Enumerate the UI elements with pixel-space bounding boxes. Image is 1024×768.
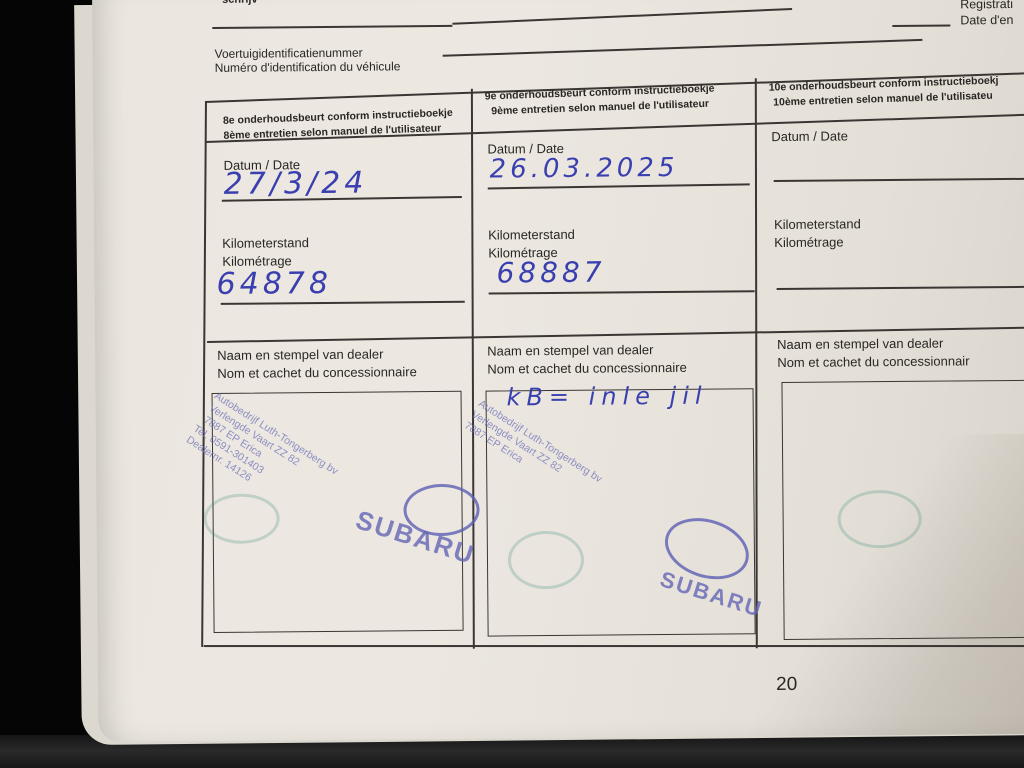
top-cut-label: schrijv — [222, 0, 258, 9]
service-10-date-line[interactable] — [774, 178, 1024, 182]
service-10-dealer-label-fr: Nom et cachet du concessionnair — [777, 352, 969, 372]
registration-label: Registrati Date d'en — [960, 0, 1013, 28]
service-booklet-page: schrijv Voertuigidentificatienummer Numé… — [92, 0, 1024, 742]
service-8-date-value[interactable]: 27/3/24 — [224, 166, 368, 202]
table-bottom-border — [204, 645, 1024, 647]
service-8-dealer-label-nl: Naam en stempel van dealer — [217, 345, 417, 365]
table-left-border — [201, 101, 206, 647]
registration-label-nl: Registrati — [960, 0, 1013, 12]
service-9-stamp-box[interactable]: kB= inle jil Autobedrijf Luth-Tongerberg… — [486, 388, 756, 636]
registration-line — [892, 25, 950, 27]
vin-label: Voertuigidentificatienummer Numéro d'ide… — [215, 45, 401, 75]
service-8-dealer-label-fr: Nom et cachet du concessionnaire — [217, 363, 417, 383]
service-10-stamp-box[interactable] — [781, 379, 1024, 640]
service-10-km-label: Kilometerstand Kilométrage — [774, 215, 861, 252]
page-number: 20 — [776, 674, 797, 696]
service-10-km-label-nl: Kilometerstand — [774, 215, 861, 234]
stamp-line: Verlengde Vaart ZZ 82 — [469, 409, 598, 497]
service-8-km-value[interactable]: 64878 — [216, 266, 332, 302]
service-10-date-label: Datum / Date — [771, 127, 848, 146]
top-line-2 — [452, 8, 792, 24]
service-10-dealer-label-nl: Naam en stempel van dealer — [777, 334, 969, 354]
service-10-km-line[interactable] — [777, 286, 1024, 290]
registration-label-fr: Date d'en — [960, 12, 1013, 28]
top-line — [212, 25, 452, 29]
ghost-stamp-logo — [203, 493, 279, 544]
service-9-handwritten-note: kB= inle jil — [506, 382, 707, 412]
service-10-km-label-fr: Kilométrage — [774, 233, 861, 252]
service-9-km-line — [489, 290, 755, 294]
vin-label-fr: Numéro d'identification du véhicule — [215, 59, 401, 75]
service-9-dealer-label: Naam en stempel van dealer Nom et cachet… — [487, 341, 687, 379]
service-9-dealer-label-fr: Nom et cachet du concessionnaire — [487, 359, 687, 379]
service-9-stamp-text: Autobedrijf Luth-Tongerberg bv Verlengde… — [462, 398, 605, 508]
service-9-dealer-label-nl: Naam en stempel van dealer — [487, 341, 687, 361]
service-10-dealer-label: Naam en stempel van dealer Nom et cachet… — [777, 334, 970, 372]
ghost-stamp-logo — [508, 531, 585, 590]
vin-field-line[interactable] — [443, 39, 923, 56]
service-10-header: 10e onderhoudsbeurt conform instructiebo… — [769, 73, 1000, 110]
service-8-header: 8e onderhoudsbeurt conform instructieboe… — [223, 106, 454, 144]
service-8-stamp-box[interactable]: Autobedrijf Luth-Tongerberg bv Verlengde… — [212, 391, 464, 633]
service-9-km-label-nl: Kilometerstand — [488, 226, 575, 245]
column-divider-2 — [755, 78, 757, 648]
service-8-dealer-label: Naam en stempel van dealer Nom et cachet… — [217, 345, 417, 383]
ghost-stamp-logo — [837, 490, 922, 549]
service-9-km-value[interactable]: 68887 — [496, 256, 605, 290]
service-8-km-label-nl: Kilometerstand — [222, 234, 309, 253]
service-9-header: 9e onderhoudsbeurt conform instructieboe… — [485, 82, 716, 120]
service-9-date-value[interactable]: 26.03.2025 — [489, 153, 678, 185]
